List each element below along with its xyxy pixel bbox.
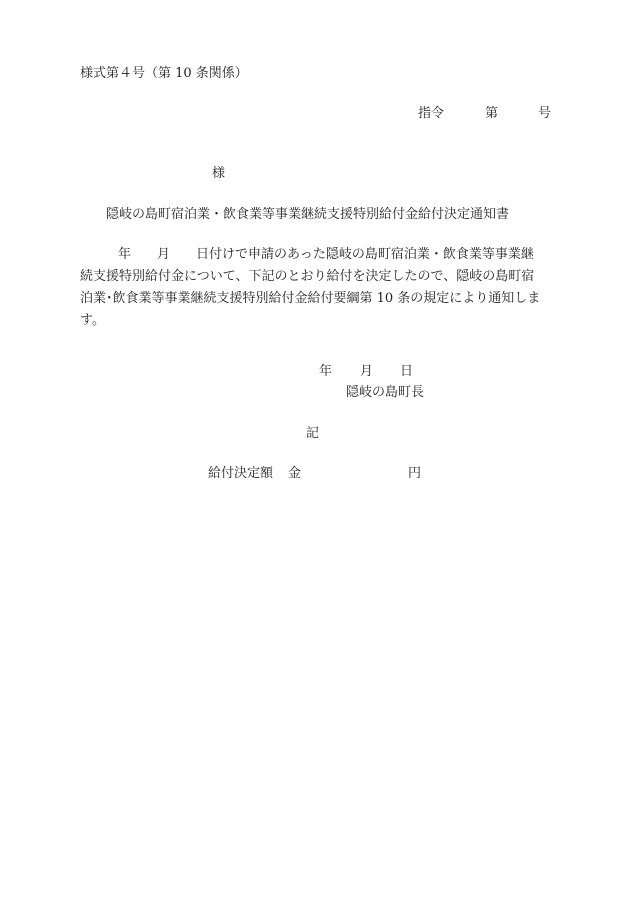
amount-label: 給付決定額 <box>208 466 273 482</box>
issuer-name: 隠岐の島町長 <box>346 385 424 401</box>
document-title: 隠岐の島町宿泊業・飲食業等事業継続支援特別給付金給付決定通知書 <box>106 207 509 223</box>
document-page: 様式第４号（第 10 条関係） 指令 第 号 様 隠岐の島町宿泊業・飲食業等事業… <box>0 0 630 903</box>
issue-date-year: 年 <box>319 364 332 380</box>
reference-go: 号 <box>538 106 551 122</box>
addressee-suffix: 様 <box>212 166 225 182</box>
issue-date-day: 日 <box>400 364 413 380</box>
body-line4: す。 <box>80 310 555 332</box>
amount-yen: 円 <box>408 466 421 482</box>
amount-kin: 金 <box>288 466 301 482</box>
body-line2: 続支援特別給付金について、下記のとおり給付を決定したので、隠岐の島町宿 <box>80 266 555 288</box>
body-paragraph: 年月日付けで申請のあった隠岐の島町宿泊業・飲食業等事業継 続支援特別給付金につい… <box>80 244 555 332</box>
issue-date-month: 月 <box>360 364 373 380</box>
body-date-year: 年 <box>118 247 131 262</box>
body-line3: 泊業･飲食業等事業継続支援特別給付金給付要綱第 10 条の規定により通知しま <box>80 288 555 310</box>
body-date-month: 月 <box>157 247 170 262</box>
body-line1: 日付けで申請のあった隠岐の島町宿泊業・飲食業等事業継 <box>196 247 534 262</box>
reference-dai: 第 <box>485 106 498 122</box>
ki-heading: 記 <box>306 426 319 442</box>
reference-prefix: 指令 <box>418 106 444 122</box>
form-number-label: 様式第４号（第 10 条関係） <box>80 66 248 82</box>
